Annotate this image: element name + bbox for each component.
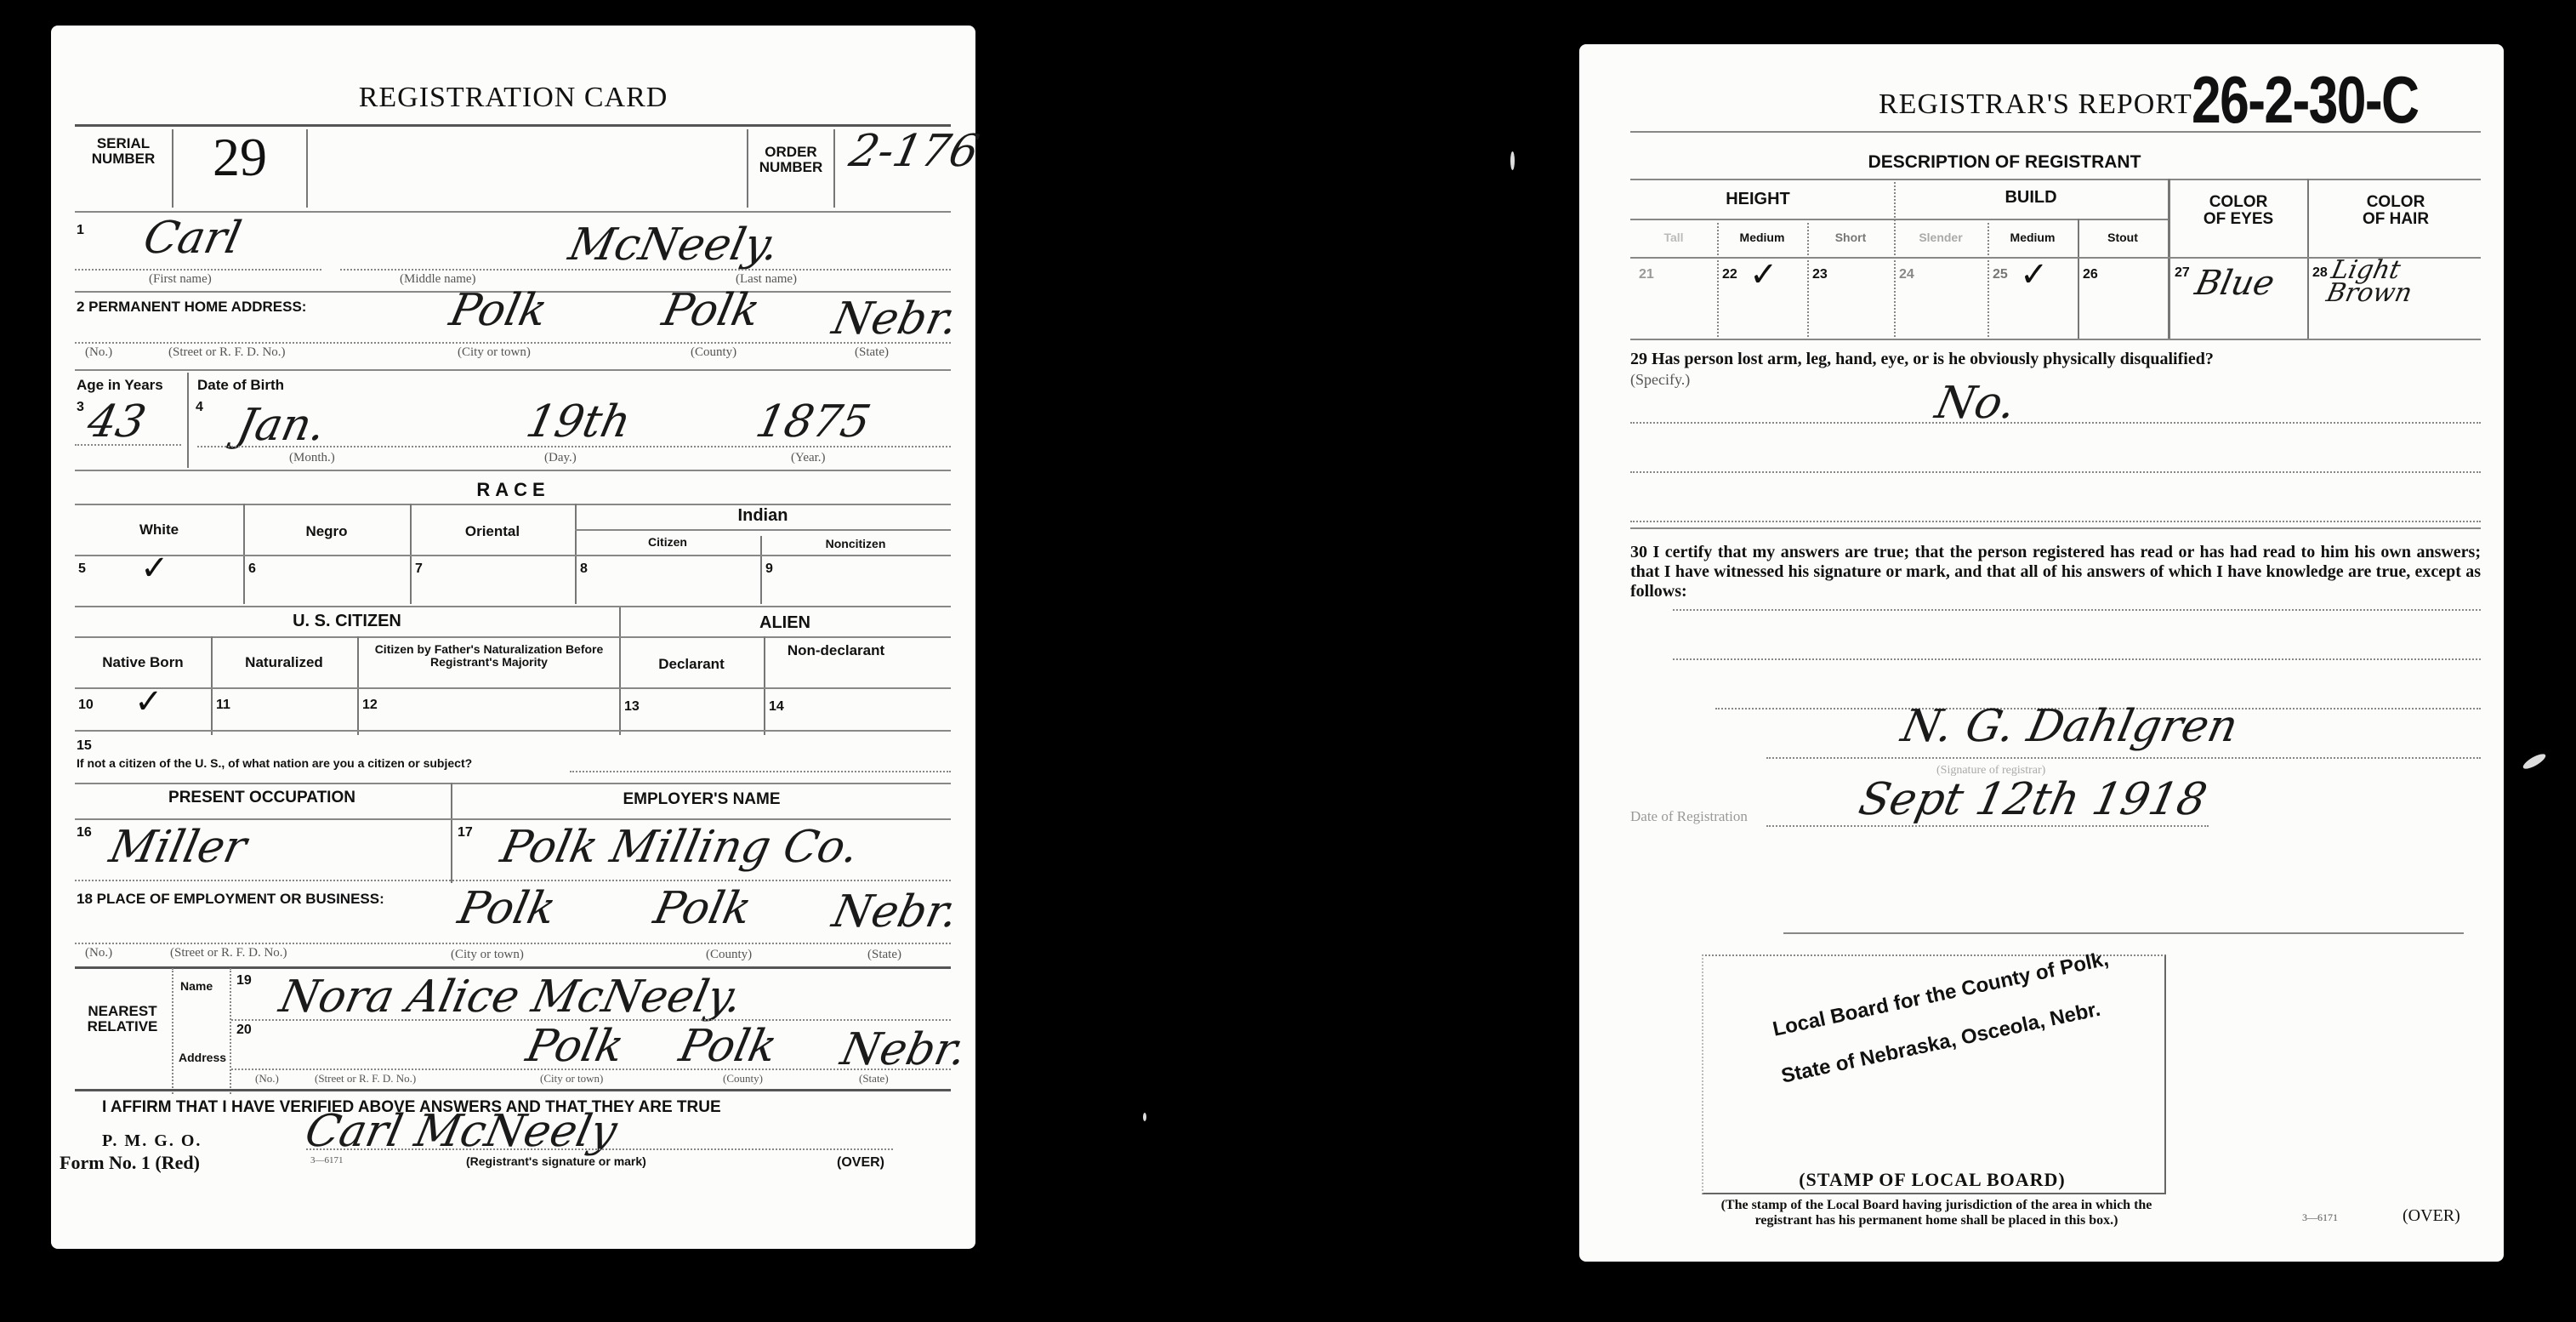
nearest-relative-label: NEAREST RELATIVE xyxy=(75,1004,170,1034)
divider xyxy=(75,818,951,820)
form-number: Form No. 1 (Red) xyxy=(60,1152,200,1174)
divider xyxy=(575,529,951,531)
item-number: 20 xyxy=(236,1023,252,1038)
signature-line xyxy=(1766,757,2481,759)
race-column-negro: Negro xyxy=(243,524,410,539)
print-code: 3—6171 xyxy=(2302,1211,2338,1224)
serial-number-label: SERIAL NUMBER xyxy=(77,136,170,167)
home-state: Nebr. xyxy=(828,293,963,345)
item-number: 26 xyxy=(2083,267,2098,282)
caption: (Street or R. F. D. No.) xyxy=(315,1072,416,1086)
employer-heading: EMPLOYER'S NAME xyxy=(452,791,951,808)
caption: (City or town) xyxy=(451,948,524,962)
caption: (State) xyxy=(859,1072,889,1086)
item-number: 13 xyxy=(624,699,640,715)
employment-county: Polk xyxy=(650,883,756,934)
item-number: 4 xyxy=(196,400,203,415)
build-column-stout: Stout xyxy=(2078,231,2168,244)
stamp-caption: (STAMP OF LOCAL BOARD) xyxy=(1702,1169,2163,1191)
divider xyxy=(1630,179,2481,180)
item30-certification: 30 I certify that my answers are true; t… xyxy=(1630,543,2481,601)
relative-name-label: Name xyxy=(180,980,213,993)
first-name: Carl xyxy=(139,213,246,264)
form-org: P. M. G. O. xyxy=(102,1131,202,1151)
race-column-indian: Indian xyxy=(575,507,951,525)
caption: (County) xyxy=(706,948,752,962)
item-number: 3 xyxy=(77,400,84,415)
divider xyxy=(75,124,951,127)
divider xyxy=(1894,179,1896,340)
native-born-checkmark: ✓ xyxy=(134,682,163,721)
race-column-oriental: Oriental xyxy=(410,524,575,539)
underline xyxy=(1673,609,2481,611)
item-number: 19 xyxy=(236,973,252,989)
race-white-checkmark: ✓ xyxy=(140,549,169,588)
print-code: 3—6171 xyxy=(310,1155,344,1165)
dob-month: Jan. xyxy=(233,400,331,451)
underline xyxy=(1630,471,2481,473)
divider xyxy=(1630,527,2481,529)
serial-number: 29 xyxy=(213,126,267,189)
divider xyxy=(243,504,245,604)
relative-county: Polk xyxy=(675,1021,782,1072)
stamp-note: (The stamp of the Local Board having jur… xyxy=(1698,1198,2175,1228)
caption: (County) xyxy=(723,1072,763,1086)
item-number: 8 xyxy=(580,561,588,577)
dob-year: 1875 xyxy=(752,396,875,447)
report-title: REGISTRAR'S REPORT xyxy=(1879,88,2192,121)
signature-caption: (Registrant's signature or mark) xyxy=(466,1155,646,1168)
place-of-employment-label: 18 PLACE OF EMPLOYMENT OR BUSINESS: xyxy=(77,892,384,907)
divider xyxy=(75,687,951,689)
dob-day: 19th xyxy=(522,396,635,447)
citizen-column-by-father: Citizen by Father's Naturalization Befor… xyxy=(366,643,612,670)
relative-address-label: Address xyxy=(179,1051,226,1064)
caption: (City or town) xyxy=(540,1072,603,1086)
registrar-signature: N. G. Dahlgren xyxy=(1897,701,2243,752)
underline xyxy=(75,269,321,271)
item-number: 9 xyxy=(765,561,773,577)
item-number: 24 xyxy=(1899,267,1914,282)
relative-city: Polk xyxy=(522,1021,628,1072)
caption: (Street or R. F. D. No.) xyxy=(168,345,286,360)
build-column-medium: Medium xyxy=(1987,231,2078,244)
occupation-value: Miller xyxy=(105,822,252,873)
us-citizen-heading: U. S. CITIZEN xyxy=(75,613,619,630)
divider xyxy=(75,606,951,607)
citizen-column-native-born: Native Born xyxy=(75,655,211,670)
underline xyxy=(1673,658,2481,660)
scan-artifact xyxy=(1510,151,1515,170)
height-column-medium: Medium xyxy=(1717,231,1807,244)
divider xyxy=(75,966,951,969)
alien-heading: ALIEN xyxy=(619,614,951,632)
report-code: 26-2-30-C xyxy=(2192,61,2419,139)
home-city: Polk xyxy=(446,285,552,336)
race-column-indian-citizen: Citizen xyxy=(575,536,760,549)
build-medium-checkmark: ✓ xyxy=(2020,255,2049,294)
underline xyxy=(1766,825,2209,827)
height-column-short: Short xyxy=(1807,231,1894,244)
alien-column-non-declarant: Non-declarant xyxy=(772,643,900,658)
divider xyxy=(75,369,951,371)
race-column-indian-noncitizen: Noncitizen xyxy=(760,538,951,550)
employment-state: Nebr. xyxy=(828,886,963,937)
build-heading: BUILD xyxy=(1896,189,2166,207)
caption: (State) xyxy=(855,345,889,360)
height-heading: HEIGHT xyxy=(1630,191,1885,208)
caption: (No.) xyxy=(85,946,112,960)
item-number: 1 xyxy=(77,223,84,238)
caption: (Month.) xyxy=(289,451,335,465)
divider xyxy=(172,129,173,208)
dob-label: Date of Birth xyxy=(197,378,284,393)
underline xyxy=(75,943,951,944)
item-number: 15 xyxy=(77,738,92,754)
eye-color: Blue xyxy=(2192,264,2277,303)
registrars-report-back: REGISTRAR'S REPORT 26-2-30-C DESCRIPTION… xyxy=(1579,44,2504,1262)
age-label: Age in Years xyxy=(77,378,163,393)
divider xyxy=(1783,932,2464,934)
registration-date: Sept 12th 1918 xyxy=(1855,774,2211,825)
divider xyxy=(306,129,308,208)
divider xyxy=(75,730,951,732)
over-label: (OVER) xyxy=(2403,1206,2460,1226)
divider xyxy=(747,129,748,208)
caption: (State) xyxy=(867,948,901,962)
item-number: 14 xyxy=(769,699,784,715)
employment-city: Polk xyxy=(454,883,560,934)
caption: (Day.) xyxy=(544,451,577,465)
employer-value: Polk Milling Co. xyxy=(497,822,863,873)
date-label: Date of Registration xyxy=(1630,808,1748,825)
item-number: 16 xyxy=(77,825,92,840)
relative-state: Nebr. xyxy=(837,1024,971,1075)
item-number: 21 xyxy=(1639,267,1654,282)
divider xyxy=(1630,219,2168,220)
item-number: 22 xyxy=(1722,267,1737,282)
divider xyxy=(211,636,213,735)
divider xyxy=(75,636,951,638)
divider xyxy=(75,504,951,505)
hair-heading: COLOR OF HAIR xyxy=(2311,194,2481,228)
underline xyxy=(197,446,951,447)
item-number: 7 xyxy=(415,561,423,577)
item-number: 10 xyxy=(78,698,94,713)
item15-question: If not a citizen of the U. S., of what n… xyxy=(77,757,472,770)
divider xyxy=(75,555,951,556)
item29-question: 29 Has person lost arm, leg, hand, eye, … xyxy=(1630,350,2214,368)
occupation-heading: PRESENT OCCUPATION xyxy=(75,789,449,806)
underline xyxy=(75,444,181,446)
divider xyxy=(1630,339,2481,340)
caption: (Year.) xyxy=(791,451,826,465)
caption: (Street or R. F. D. No.) xyxy=(170,946,287,960)
divider xyxy=(451,783,452,883)
caption: (No.) xyxy=(85,345,112,360)
relative-name: Nora Alice McNeely. xyxy=(276,972,747,1023)
underline xyxy=(1630,521,2481,522)
height-column-tall: Tall xyxy=(1630,231,1717,244)
home-county: Polk xyxy=(658,285,765,336)
eyes-heading: COLOR OF EYES xyxy=(2170,194,2306,228)
divider xyxy=(2168,179,2170,340)
item-number: 5 xyxy=(78,561,86,577)
divider xyxy=(75,470,951,471)
divider xyxy=(2307,179,2309,340)
caption: (No.) xyxy=(255,1072,279,1086)
height-medium-checkmark: ✓ xyxy=(1749,255,1778,294)
item-number: 28 xyxy=(2312,265,2328,281)
underline xyxy=(75,342,951,344)
caption: (County) xyxy=(691,345,736,360)
underline xyxy=(1630,422,2481,424)
build-column-slender: Slender xyxy=(1894,231,1987,244)
scan-artifact xyxy=(2522,751,2548,772)
underline xyxy=(231,1068,951,1070)
underline xyxy=(340,269,951,271)
over-label: (OVER) xyxy=(837,1155,884,1171)
last-name: McNeely. xyxy=(565,219,784,271)
card-title: REGISTRATION CARD xyxy=(51,82,975,114)
home-address-label: 2 PERMANENT HOME ADDRESS: xyxy=(77,299,306,315)
item-number: 23 xyxy=(1812,267,1828,282)
item-number: 25 xyxy=(1993,267,2008,282)
caption: (First name) xyxy=(149,272,212,287)
race-heading: RACE xyxy=(51,480,975,499)
item-number: 11 xyxy=(216,698,230,713)
item-number: 27 xyxy=(2175,265,2190,281)
order-number-label: ORDER NUMBER xyxy=(750,145,832,175)
divider xyxy=(410,504,412,604)
underline xyxy=(75,880,951,881)
divider xyxy=(357,636,359,735)
race-column-white: White xyxy=(75,522,243,538)
divider xyxy=(75,783,951,784)
underline xyxy=(570,771,951,772)
description-heading: DESCRIPTION OF REGISTRANT xyxy=(1579,153,2430,172)
registration-card-front: REGISTRATION CARD SERIAL NUMBER 29 ORDER… xyxy=(51,26,975,1249)
order-number: 2-176 xyxy=(845,126,984,177)
item29-specify: (Specify.) xyxy=(1630,371,1690,389)
item29-answer: No. xyxy=(1931,378,2021,429)
age-value: 43 xyxy=(83,396,151,447)
divider xyxy=(187,373,189,468)
divider xyxy=(1630,131,2481,133)
citizen-column-naturalized: Naturalized xyxy=(211,655,357,670)
divider xyxy=(230,968,231,1094)
scan-artifact xyxy=(1143,1113,1146,1121)
item-number: 6 xyxy=(248,561,256,577)
caption: (City or town) xyxy=(458,345,531,360)
divider xyxy=(764,636,765,735)
item-number: 17 xyxy=(458,825,473,840)
divider xyxy=(172,968,173,1094)
alien-column-declarant: Declarant xyxy=(619,657,764,672)
hair-color: Light Brown xyxy=(2324,259,2461,305)
divider xyxy=(75,1089,951,1091)
divider xyxy=(833,129,835,208)
item-number: 12 xyxy=(362,698,378,713)
signature-line xyxy=(306,1148,893,1150)
